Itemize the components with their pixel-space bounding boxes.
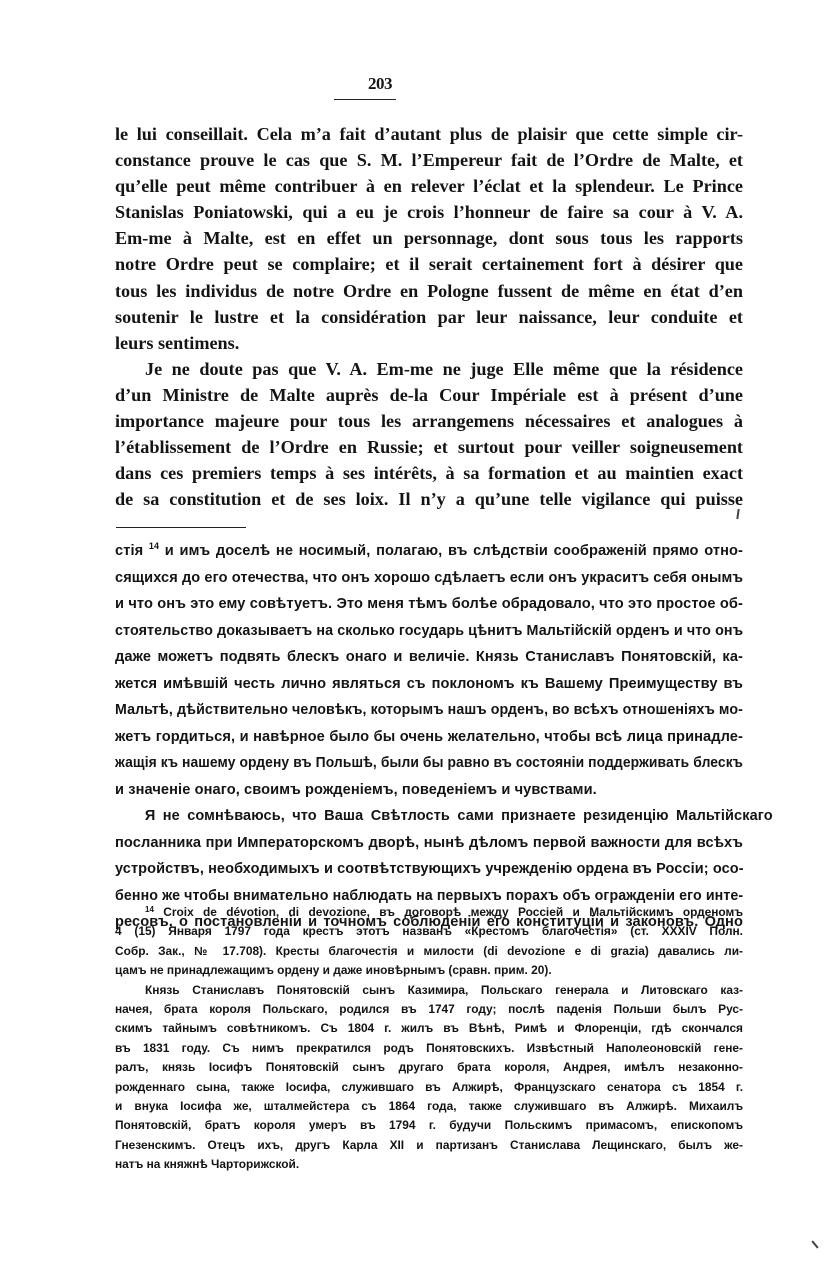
footnote-line: 14 Croix de dévotion, di devozione, въ д… bbox=[115, 903, 743, 922]
text-line: soutenir le lustre et la considération p… bbox=[115, 304, 743, 330]
text-line: leurs sentimens. bbox=[115, 330, 743, 356]
text-line: l’établissement de l’Ordre en Russie; et… bbox=[115, 434, 743, 460]
footnote-line: въ 1831 году. Съ нимъ прекратился родъ П… bbox=[115, 1039, 743, 1058]
page-number-underline bbox=[334, 99, 396, 100]
text-line: жетъ гордиться, и навѣрное было бы очень… bbox=[115, 724, 743, 751]
footnote-line: Собр. Зак., № 17.708). Кресты благочесті… bbox=[115, 942, 743, 961]
text-line: Stanislas Poniatowski, qui a eu je crois… bbox=[115, 199, 743, 225]
text-line: даже можетъ подвять блескъ онаго и велич… bbox=[115, 644, 743, 671]
text-line: жется имѣвшій честь лично являться съ по… bbox=[115, 671, 743, 698]
footnote-line: Гнезенскимъ. Отецъ ихъ, другъ Карла XII … bbox=[115, 1136, 743, 1155]
footnote-line: цамъ не принадлежащимъ ордену и даже ино… bbox=[115, 961, 743, 980]
text-fragment: и имъ доселѣ не носимый, полагаю, въ слѣ… bbox=[165, 543, 743, 559]
footnote-line: и внука Іосифа же, шталмейстера съ 1864 … bbox=[115, 1097, 743, 1116]
text-line: notre Ordre peut se complaire; et il ser… bbox=[115, 251, 743, 277]
section-separator-rule bbox=[116, 527, 246, 528]
text-line: стоятельство доказываетъ на сколько госу… bbox=[115, 618, 743, 645]
footnotes-block: 14 Croix de dévotion, di devozione, въ д… bbox=[115, 903, 743, 1174]
footnote-line: 4 (15) Января 1797 года крестъ этотъ наз… bbox=[115, 922, 743, 941]
footnote-line: рожденнаго сына, также Іосифа, служившаг… bbox=[115, 1078, 743, 1097]
russian-text-block: стія 14 и имъ доселѣ не носимый, полагаю… bbox=[115, 538, 743, 936]
text-line: и что онъ это ему совѣтуетъ. Это меня тѣ… bbox=[115, 591, 743, 618]
text-line: qu’elle peut même contribuer à en releve… bbox=[115, 173, 743, 199]
text-line: de sa constitution et de ses loix. Il n’… bbox=[115, 486, 743, 512]
text-line: Мальтѣ, дѣйствительно человѣкъ, которымъ… bbox=[115, 697, 743, 724]
text-line: Em-me à Malte, est en effet un personnag… bbox=[115, 225, 743, 251]
footnote-line: начея, брата короля Польскаго, родился в… bbox=[115, 1000, 743, 1019]
text-line: constance prouve le cas que S. M. l’Empe… bbox=[115, 147, 743, 173]
text-line: стія 14 и имъ доселѣ не носимый, полагаю… bbox=[115, 538, 743, 565]
text-line: и значеніе онаго, своимъ рожденіемъ, пов… bbox=[115, 777, 743, 804]
text-line: устройствъ, необходимыхъ и соотвѣтствующ… bbox=[115, 856, 743, 883]
footnote-ref: 14 bbox=[149, 541, 159, 551]
footnote-line: Понятовскій, братъ короля умеръ въ 1794 … bbox=[115, 1116, 743, 1135]
footnote-number: 14 bbox=[145, 905, 154, 914]
text-line: importance majeure pour tous les arrange… bbox=[115, 408, 743, 434]
text-fragment: стія bbox=[115, 543, 143, 559]
footnote-line: натъ на княжнѣ Чарторижской. bbox=[115, 1155, 743, 1174]
text-line: tous les individus de notre Ordre en Pol… bbox=[115, 278, 743, 304]
text-line: dans ces premiers temps à ses intérêts, … bbox=[115, 460, 743, 486]
text-fragment: Croix de dévotion, di devozione, въ дого… bbox=[163, 905, 743, 919]
text-line: сящихся до его отечества, что онъ хорошо… bbox=[115, 565, 743, 592]
page-number: 203 bbox=[350, 74, 410, 94]
french-text-block: le lui conseillait. Cela m’a fait d’auta… bbox=[115, 121, 743, 512]
text-line: жащія къ нашему ордену въ Польшѣ, были б… bbox=[115, 750, 743, 777]
text-line: d’un Ministre de Malte auprès de-la Cour… bbox=[115, 382, 743, 408]
margin-mark bbox=[736, 509, 739, 519]
footnote-line: скимъ тайнымъ совѣтникомъ. Съ 1804 г. жи… bbox=[115, 1019, 743, 1038]
text-line: посланника при Императорскомъ дворѣ, нын… bbox=[115, 830, 743, 857]
paragraph-start-line: Я не сомнѣваюсь, что Ваша Свѣтлость сами… bbox=[115, 803, 773, 830]
text-line: le lui conseillait. Cela m’a fait d’auta… bbox=[115, 121, 743, 147]
margin-mark bbox=[811, 1240, 818, 1248]
paragraph-start-line: Je ne doute pas que V. A. Em-me ne juge … bbox=[115, 356, 743, 382]
footnote-line: ралъ, князь Іосифъ Понятовскій сынъ друг… bbox=[115, 1058, 743, 1077]
footnote-line: Князь Станиславъ Понятовскій сынъ Казими… bbox=[115, 981, 743, 1000]
